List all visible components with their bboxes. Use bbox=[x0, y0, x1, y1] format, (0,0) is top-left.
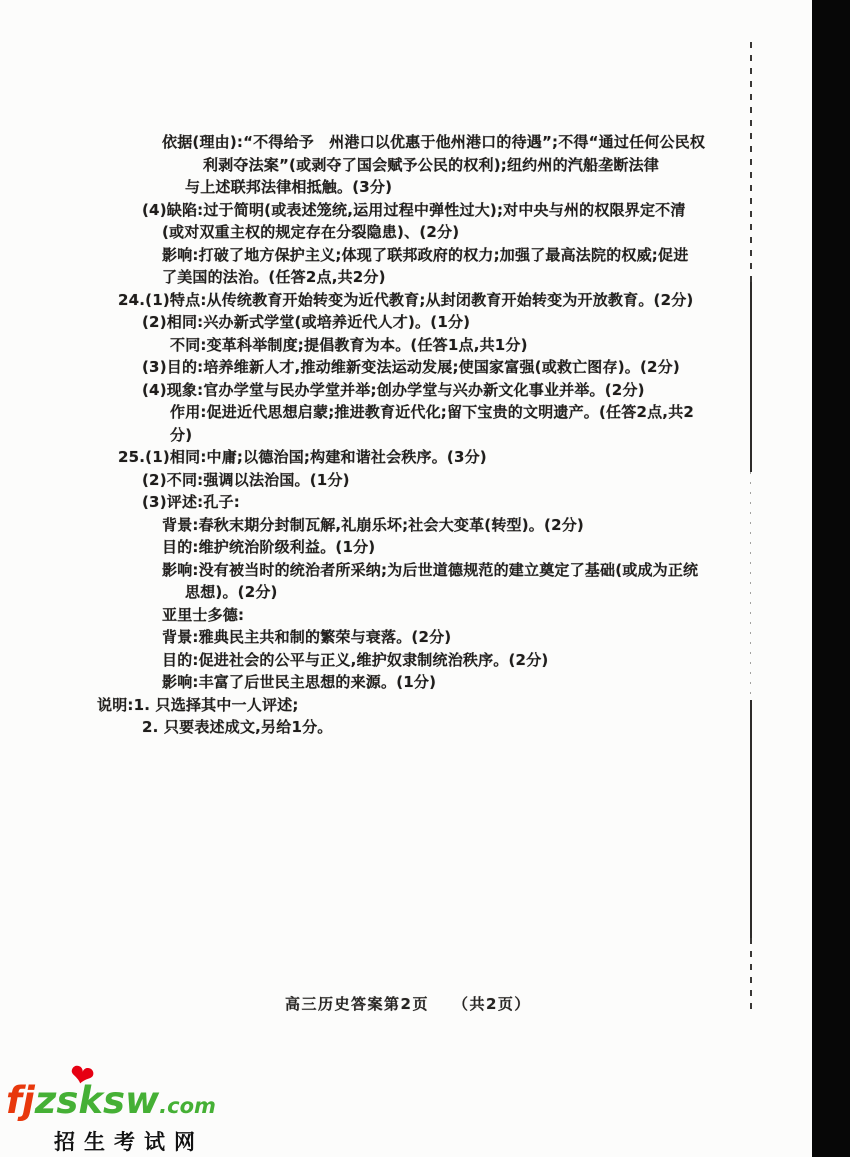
answer-line: 亚里士多德: bbox=[97, 604, 757, 627]
answer-line: 影响:没有被当时的统治者所采纳;为后世道德规范的建立奠定了基础(或成为正统 bbox=[97, 559, 757, 582]
answer-line: 分) bbox=[97, 424, 757, 447]
answer-line: (2)不同:强调以法治国。(1分) bbox=[97, 469, 757, 492]
answer-line: (4)缺陷:过于简明(或表述笼统,运用过程中弹性过大);对中央与州的权限界定不清 bbox=[97, 199, 757, 222]
watermark-fj: fj bbox=[6, 1079, 35, 1122]
watermark-dotcom: .com bbox=[159, 1094, 216, 1118]
answer-line-q25: 25.(1)相同:中庸;以德治国;构建和谐社会秩序。(3分) bbox=[97, 446, 757, 469]
footer-page-label: 高三历史答案第2页 bbox=[285, 995, 429, 1013]
scan-fold-line bbox=[750, 282, 752, 472]
footer-page-count: （共2页） bbox=[453, 995, 531, 1013]
answer-note-line: 说明:1. 只选择其中一人评述; bbox=[97, 694, 757, 717]
answer-line: (4)现象:官办学堂与民办学堂并举;创办学堂与兴办新文化事业并举。(2分) bbox=[97, 379, 757, 402]
site-watermark: ❤fjzsksw.com 招生考试网 bbox=[6, 1078, 236, 1156]
answer-text-block: 依据(理由):“不得给予 州港口以优惠于他州港口的待遇”;不得“通过任何公民权 … bbox=[97, 131, 757, 739]
answer-line: 了美国的法治。(任答2点,共2分) bbox=[97, 266, 757, 289]
watermark-logo: ❤fjzsksw.com bbox=[6, 1078, 236, 1124]
answer-line: (3)评述:孔子: bbox=[97, 491, 757, 514]
answer-line: 背景:雅典民主共和制的繁荣与衰落。(2分) bbox=[97, 626, 757, 649]
answer-line: (或对双重主权的规定存在分裂隐患)、(2分) bbox=[97, 221, 757, 244]
answer-line: 依据(理由):“不得给予 州港口以优惠于他州港口的待遇”;不得“通过任何公民权 bbox=[97, 131, 757, 154]
answer-line: 影响:丰富了后世民主思想的来源。(1分) bbox=[97, 671, 757, 694]
scan-fold-line bbox=[750, 700, 752, 938]
answer-line: 目的:促进社会的公平与正义,维护奴隶制统治秩序。(2分) bbox=[97, 649, 757, 672]
answer-line: (3)目的:培养维新人才,推动维新变法运动发展;使国家富强(或救亡图存)。(2分… bbox=[97, 356, 757, 379]
answer-line: 利剥夺法案”(或剥夺了国会赋予公民的权利);纽约州的汽船垄断法律 bbox=[97, 154, 757, 177]
page-footer: 高三历史答案第2页（共2页） bbox=[285, 993, 531, 1014]
answer-line: 影响:打破了地方保护主义;体现了联邦政府的权力;加强了最高法院的权威;促进 bbox=[97, 244, 757, 267]
answer-line: 与上述联邦法律相抵触。(3分) bbox=[97, 176, 757, 199]
answer-line: 思想)。(2分) bbox=[97, 581, 757, 604]
answer-line: 不同:变革科举制度;提倡教育为本。(任答1点,共1分) bbox=[97, 334, 757, 357]
watermark-zsksw: zsksw bbox=[35, 1079, 159, 1122]
answer-line: 背景:春秋末期分封制瓦解,礼崩乐坏;社会大变革(转型)。(2分) bbox=[97, 514, 757, 537]
scan-fold-line bbox=[750, 938, 752, 1010]
answer-note-line: 2. 只要表述成文,另给1分。 bbox=[97, 716, 757, 739]
answer-line: (2)相同:兴办新式学堂(或培养近代人才)。(1分) bbox=[97, 311, 757, 334]
answer-line: 目的:维护统治阶级利益。(1分) bbox=[97, 536, 757, 559]
scanned-answer-page: 依据(理由):“不得给予 州港口以优惠于他州港口的待遇”;不得“通过任何公民权 … bbox=[0, 0, 850, 1157]
answer-line-q24: 24.(1)特点:从传统教育开始转变为近代教育;从封闭教育开始转变为开放教育。(… bbox=[97, 289, 757, 312]
scan-fold-line bbox=[750, 472, 751, 700]
scanner-edge-band bbox=[812, 0, 850, 1157]
scan-fold-line bbox=[750, 42, 752, 282]
watermark-caption: 招生考试网 bbox=[54, 1126, 236, 1156]
answer-line: 作用:促进近代思想启蒙;推进教育近代化;留下宝贵的文明遗产。(任答2点,共2 bbox=[97, 401, 757, 424]
